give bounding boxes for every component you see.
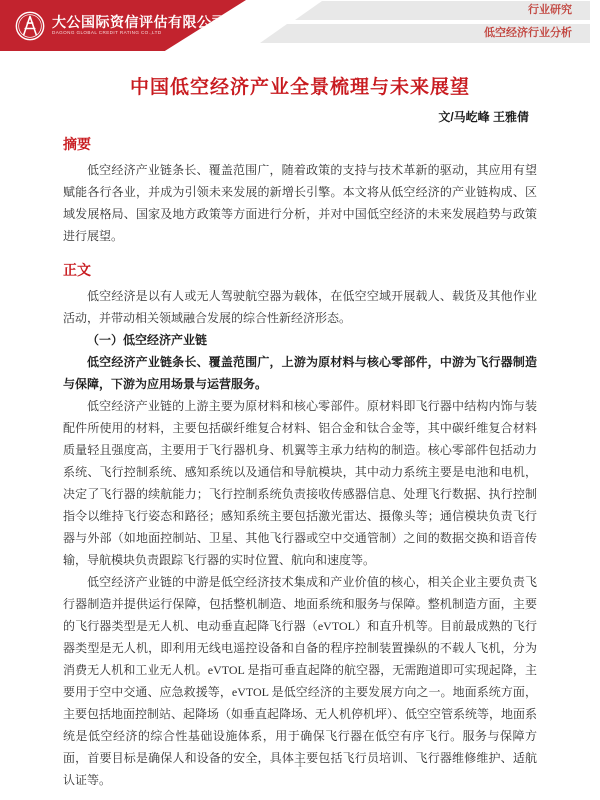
page-header: 大公国际资信评估有限公司 DAGONG GLOBAL CREDIT RATING… [0, 0, 600, 52]
company-name-en: DAGONG GLOBAL CREDIT RATING CO.,LTD [52, 31, 226, 36]
company-name-zh: 大公国际资信评估有限公司 [52, 15, 226, 30]
page-number: 1 [0, 758, 600, 770]
report-page: 大公国际资信评估有限公司 DAGONG GLOBAL CREDIT RATING… [0, 0, 600, 800]
main-text-heading: 正文 [63, 260, 537, 280]
byline: 文/马屹峰 王雅倩 [63, 108, 537, 125]
brand-banner: 大公国际资信评估有限公司 DAGONG GLOBAL CREDIT RATING… [0, 0, 246, 51]
abstract-paragraph: 低空经济产业链条长、覆盖范围广，随着政策的支持与技术革新的驱动，其应用有望赋能各… [63, 159, 537, 247]
abstract-heading: 摘要 [63, 134, 537, 154]
paragraph-upstream: 低空经济产业链的上游主要为原材料和核心零部件。原材料即飞行器中结构内饰与装配件所… [63, 395, 537, 571]
company-name-block: 大公国际资信评估有限公司 DAGONG GLOBAL CREDIT RATING… [52, 15, 226, 37]
paragraph-chain-overview: 低空经济产业链条长、覆盖范围广，上游为原材料与核心零部件，中游为飞行器制造与保障… [63, 351, 537, 395]
report-title: 中国低空经济产业全景梳理与未来展望 [63, 72, 537, 99]
header-tag-industry-research: 行业研究 [295, 1, 590, 20]
paragraph-definition: 低空经济是以有人或无人驾驶航空器为载体，在低空空域开展载人、载货及其他作业活动，… [63, 285, 537, 329]
document-body: 中国低空经济产业全景梳理与未来展望 文/马屹峰 王雅倩 摘要 低空经济产业链条长… [0, 72, 600, 791]
dagong-logo-icon [15, 11, 45, 41]
subheading-industry-chain: （一）低空经济产业链 [63, 329, 537, 351]
header-tag-sector-analysis: 低空经济行业分析 [260, 24, 590, 43]
